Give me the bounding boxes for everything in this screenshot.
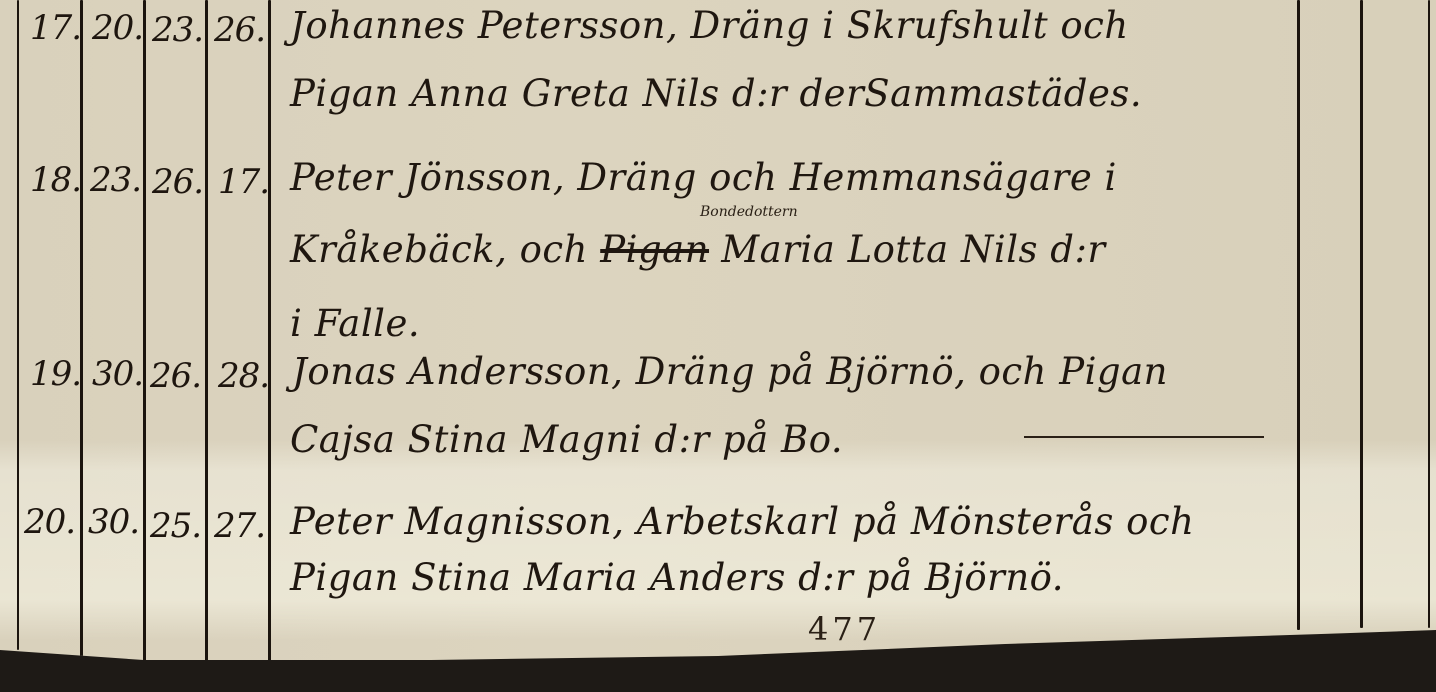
entry-col4: 27.	[214, 506, 265, 546]
entry-number: 19.	[30, 354, 81, 394]
entry-col4: 28.	[218, 356, 269, 396]
page-number: 477	[808, 610, 881, 648]
entry-col4: 17.	[218, 162, 269, 202]
entry-text-line: Pigan Stina Maria Anders d:r på Björnö.	[290, 556, 1064, 599]
entry-text-line: Kråkebäck, och Pigan Maria Lotta Nils d:…	[290, 228, 1106, 271]
entry-col2: 30.	[88, 502, 139, 542]
inserted-word: Bondedottern	[700, 204, 798, 220]
entry-text-line: Cajsa Stina Magni d:r på Bo.	[290, 418, 843, 461]
entry-col2: 30.	[92, 354, 143, 394]
column-rule	[1428, 0, 1430, 628]
entry-col3: 23.	[152, 10, 203, 50]
entry-number: 20.	[24, 502, 75, 542]
column-rule	[143, 0, 146, 668]
column-rule	[205, 0, 208, 672]
entry-col2: 20.	[92, 8, 143, 48]
entry-number: 17.	[30, 8, 81, 48]
entry-text-suffix: Maria Lotta Nils d:r	[721, 228, 1105, 271]
entry-col3: 26.	[152, 162, 203, 202]
entry-col3: 25.	[150, 506, 201, 546]
entry-text-line: Pigan Anna Greta Nils d:r derSammastädes…	[290, 72, 1142, 115]
column-rule	[80, 0, 83, 662]
entry-text-line: Peter Jönsson, Dräng och Hemmansägare i	[290, 156, 1117, 199]
entry-number: 18.	[30, 160, 81, 200]
struck-word: Pigan	[600, 228, 709, 271]
entry-col2: 23.	[90, 160, 141, 200]
column-rule	[268, 0, 271, 676]
entry-text-line: Peter Magnisson, Arbetskarl på Mönsterås…	[290, 500, 1194, 543]
entry-col3: 26.	[150, 356, 201, 396]
column-rule	[1297, 0, 1300, 630]
entry-col4: 26.	[214, 10, 265, 50]
end-line	[1024, 436, 1264, 438]
entry-text-line: i Falle.	[290, 302, 420, 345]
entry-text-line: Jonas Andersson, Dräng på Björnö, och Pi…	[292, 350, 1168, 393]
entry-text-prefix: Kråkebäck, och	[290, 228, 588, 271]
entry-text-line: Johannes Petersson, Dräng i Skrufshult o…	[290, 4, 1129, 47]
register-page: 17. 20. 23. 26. Johannes Petersson, Drän…	[0, 0, 1436, 692]
column-rule	[1360, 0, 1363, 628]
column-rule	[17, 0, 19, 650]
